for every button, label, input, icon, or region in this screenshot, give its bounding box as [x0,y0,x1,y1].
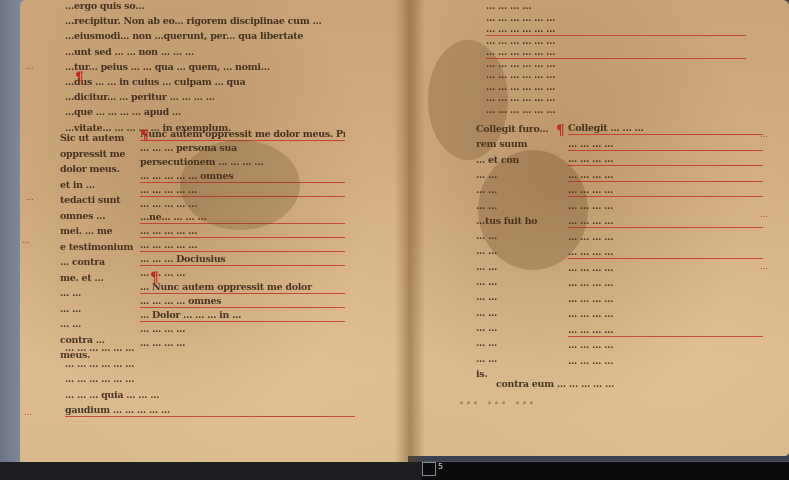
manuscript-text-line: ... ... [476,355,556,365]
manuscript-text-line: et in ... [60,181,145,191]
manuscript-text-line: omnes ... [60,212,145,222]
scale-tick [422,462,436,476]
manuscript-text-line: ... ... ... ... ... [140,241,345,252]
manuscript-text-line: ...unt sed ... ... non ... ... ... [65,48,365,58]
margin-note: ... [760,262,768,271]
manuscript-text-line: ...dus ... ... in cuius ... culpam ... q… [65,78,365,88]
manuscript-text-line: ... contra [60,258,145,268]
manuscript-text-line: oppressit me [60,150,145,160]
manuscript-text-line: contra eum ... ... ... ... ... [496,380,756,390]
manuscript-text-line: ... ... ... ... ... ... [486,14,746,24]
manuscript-text-line: ... ... ... ... [568,264,763,274]
manuscript-text-line: ... ... ... ... [568,248,763,259]
manuscript-text-line: Sic ut autem [60,134,145,144]
manuscript-text-line: ...dicitur... ... peritur ... ... ... ..… [65,93,365,103]
manuscript-text-line: ... ... ... ... [568,295,763,305]
manuscript-text-line: ...recipitur. Non ab eo... rigorem disci… [65,17,365,27]
rubric-initial: ¶ [150,270,159,286]
manuscript-text-line: ... ... ... ... [568,155,763,166]
manuscript-text-line: ... ... ... ... [140,325,345,335]
manuscript-text-line: ... ... ... quia ... ... ... [65,391,355,401]
manuscript-text-line: ... ... [476,339,556,349]
manuscript-text-line: tedacti sunt [60,196,145,206]
manuscript-text-line: ... ... ... ... ... ... [486,60,746,70]
manuscript-text-line: is. [476,370,556,380]
manuscript-text-line: mei. ... me [60,227,145,237]
manuscript-text-line: ... ... ... ... [568,341,763,351]
manuscript-text-line: ... ... [476,293,556,303]
manuscript-text-line: ... ... ... ... [568,357,763,367]
manuscript-text-line: ... ... ... ... [568,171,763,182]
margin-note: ... [26,193,34,202]
scale-label: 5 [438,462,443,471]
parchment-stain [180,140,300,230]
manuscript-text-line: ... ... ... ... ... ... [486,106,746,116]
margin-note: ... [760,210,768,219]
rubric-initial: ¶ [140,128,149,144]
manuscript-text-line: ... ... ... ... ... ... [486,94,746,104]
manuscript-text-line: ... ... ... ... [568,186,763,197]
manuscript-text-line: e testimonium [60,243,145,253]
parchment-stain [428,40,508,160]
book-gutter [395,0,425,462]
manuscript-text-line: ... ... ... ... omnes [140,297,345,308]
manuscript-text-line: ... ... ... ... [486,2,746,12]
manuscript-text-line: ... ... [476,309,556,319]
manuscript-text-line: ... ... ... ... [568,310,763,320]
manuscript-text-line: ... ... ... ... ... ... [486,83,746,93]
parchment-stain [478,150,588,270]
margin-note: ... [26,62,34,71]
manuscript-text-line: ... Nunc autem oppressit me dolor [140,283,345,294]
manuscript-text-line: ... ... ... Dociusius [140,255,345,266]
manuscript-text-line: ... ... ... ... ... ... [65,375,355,385]
manuscript-text-line: Collegit ... ... ... [568,124,763,135]
manuscript-text-line: me. et ... [60,274,145,284]
manuscript-text-line: ... ... ... ... ... ... [65,344,355,354]
manuscript-text-line: ... ... ... ... ... ... [486,48,746,59]
rubric-initial: ¶ [556,123,565,139]
manuscript-text-line: ... ... ... ... [140,269,345,279]
manuscript-left-page: ...ergo quis so......recipitur. Non ab e… [20,0,408,466]
manuscript-text-line: ...ergo quis so... [65,2,365,12]
scale-bar: 5 [422,461,789,480]
margin-note: ... [760,130,768,139]
manuscript-text-line: ... ... ... ... ... ... [486,25,746,36]
manuscript-text-line: ... Dolor ... ... ... in ... [140,311,345,322]
manuscript-text-line: ... ... ... ... [568,217,763,228]
manuscript-text-line: ... ... [60,320,145,330]
manuscript-text-line: ... ... ... ... [568,279,763,289]
manuscript-text-line: ... ... [60,289,145,299]
manuscript-text-line: ... ... ... ... [568,202,763,212]
manuscript-text-line: ...que ... ... ... ... apud ... [65,108,365,118]
manuscript-right-page: ... ... ... ...... ... ... ... ... .....… [408,0,789,456]
pencil-annotation: ... ... ... [458,385,535,410]
manuscript-text-line: ... ... ... ... ... ... [65,360,355,370]
manuscript-text-line: ... ... [60,305,145,315]
rubric-initial: ¶ [75,70,84,86]
manuscript-text-line: ... ... ... ... [568,140,763,151]
manuscript-text-line: ...eiusmodi... non ...querunt, per... qu… [65,32,365,42]
manuscript-text-line: ... ... ... ... [568,233,763,243]
manuscript-text-line: ... ... ... ... ... ... [486,71,746,81]
manuscript-text-line: ... ... [476,324,556,334]
manuscript-text-line: ... ... [476,278,556,288]
margin-note: ... [22,236,30,245]
manuscript-text-line: dolor meus. [60,165,145,175]
margin-note: ... [24,408,32,417]
manuscript-text-line: ... ... ... ... [568,326,763,337]
manuscript-text-line: gaudium ... ... ... ... ... [65,406,355,417]
manuscript-text-line: ...tur... peius ... ... qua ... quem, ..… [65,63,365,73]
manuscript-text-line: ... ... ... ... ... ... [486,37,746,47]
